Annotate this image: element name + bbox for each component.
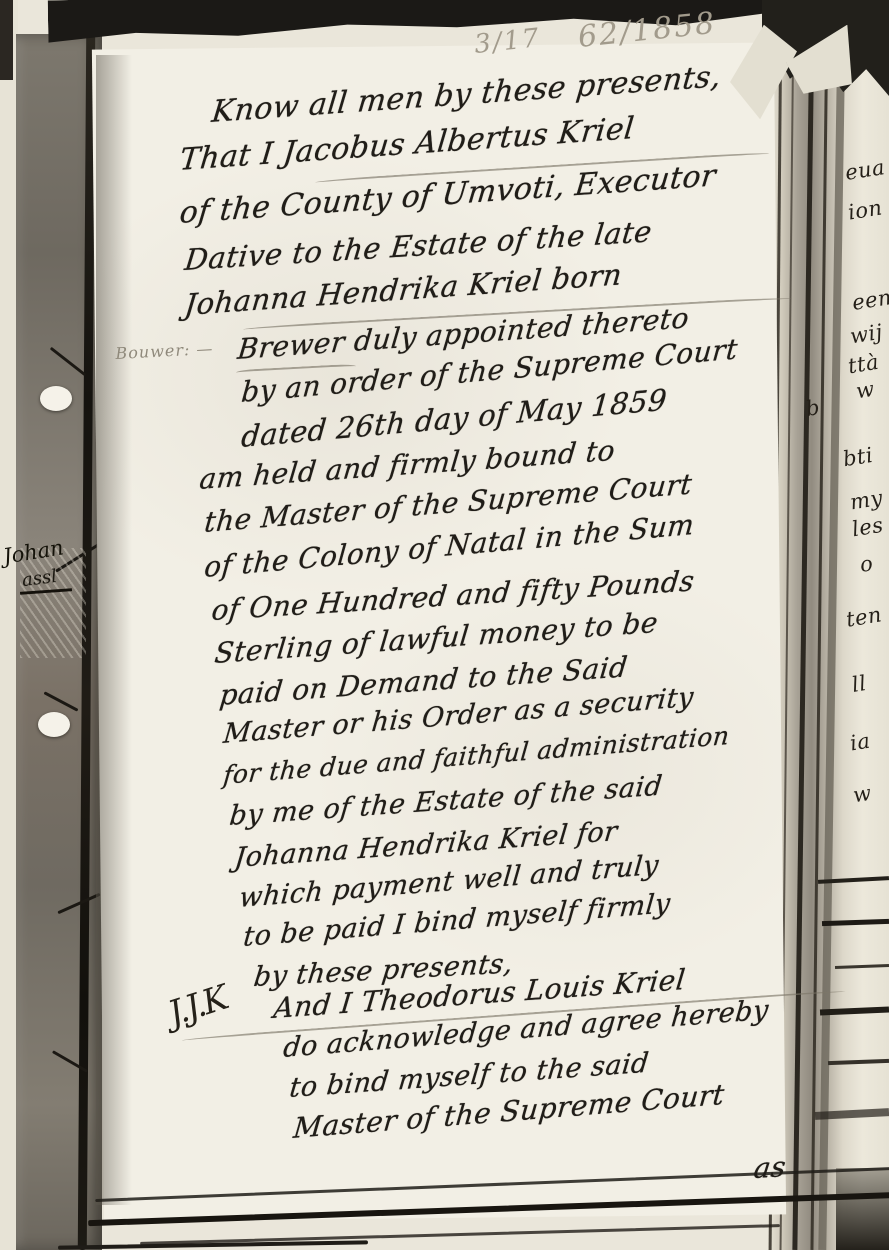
- edge-text-fragment: w: [851, 781, 873, 808]
- stack-edge-line: [792, 14, 814, 1250]
- edge-text-fragment: wij: [848, 320, 884, 349]
- left-edge-handwriting-fragment: assl: [21, 566, 58, 591]
- punch-hole: [38, 712, 70, 737]
- edge-text-fragment: les: [850, 513, 885, 542]
- top-left-dark-mark: [0, 0, 13, 80]
- edge-text-fragment: my: [848, 486, 884, 515]
- edge-text-fragment: ttà: [846, 350, 880, 379]
- manuscript-line: as: [752, 1150, 788, 1185]
- corner-shadow: [836, 1168, 889, 1250]
- document-scan: Johan assl 3/17 62/1858 Bouwer: — J.J.K …: [0, 0, 889, 1250]
- page-left-shadow: [96, 55, 132, 1205]
- edge-text-fragment: bti: [841, 443, 874, 471]
- punch-hole: [40, 386, 72, 411]
- edge-text-fragment: ia: [848, 729, 872, 756]
- edge-text-fragment: w: [854, 377, 876, 404]
